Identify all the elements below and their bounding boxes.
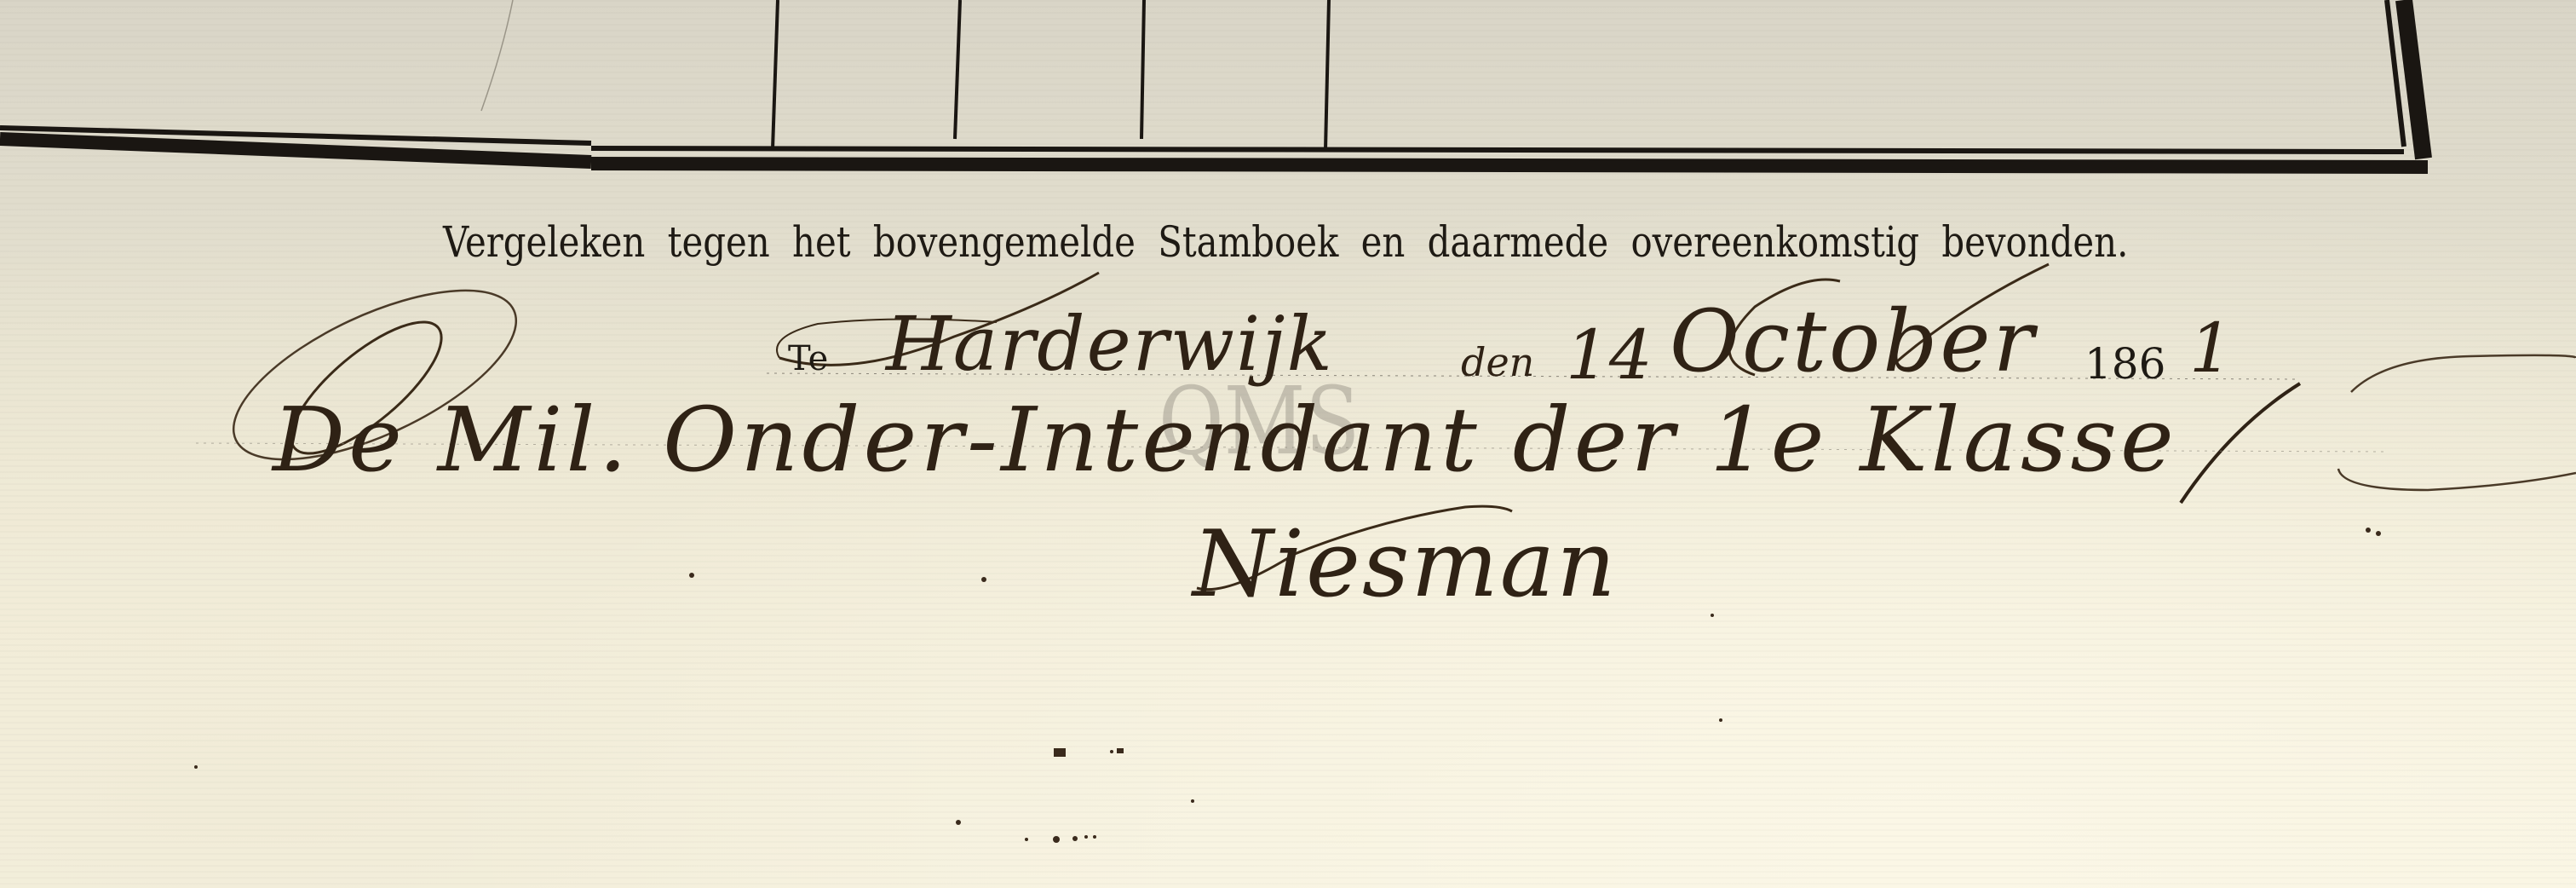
year-printed: 186 bbox=[2084, 339, 2165, 389]
date-prefix: den bbox=[1461, 339, 1534, 385]
signatory-title: De Mil. Onder-Intendant der 1e Klasse bbox=[273, 388, 2177, 492]
certification-statement: Vergeleken tegen het bovengemelde Stambo… bbox=[443, 217, 2147, 267]
day-handwritten: 14 bbox=[1566, 315, 1653, 395]
place-prefix: Te bbox=[788, 339, 828, 378]
month-handwritten: October bbox=[1670, 291, 2036, 391]
form-table-border bbox=[0, 0, 2576, 179]
signature: Niesman bbox=[1193, 511, 1618, 618]
place-handwritten: Harderwijk bbox=[886, 300, 1334, 388]
year-digit-handwritten: 1 bbox=[2189, 308, 2233, 388]
